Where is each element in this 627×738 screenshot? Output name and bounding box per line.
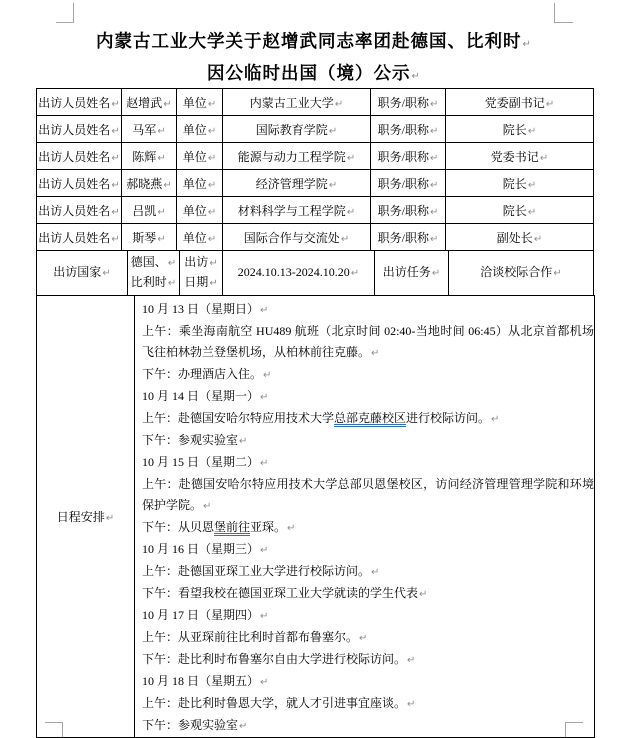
paragraph-mark: ↵ (432, 268, 440, 279)
trip-info-table: 出访国家↵ 德国、↵比利时↵ 出访↵日期↵ 2024.10.13-2024.10… (36, 250, 594, 296)
person-name-cell: 陈辉↵ (122, 143, 177, 170)
paragraph-mark: ↵ (260, 611, 268, 622)
task-value-cell: 洽谈校际合作↵ (449, 251, 594, 296)
crop-mark-top-left (56, 3, 74, 23)
itinerary-paragraph: 上午：赴德国安哈尔特应用技术大学总部克藤校区进行校际访问。↵ (142, 408, 594, 430)
cell-text: 出访人员姓名 (38, 204, 110, 218)
unit-label-cell: 单位↵ (177, 116, 223, 143)
cell-text: 职务/职称 (378, 123, 429, 137)
itinerary-text: 下午：参观实验室 (142, 433, 238, 447)
cell-text: 单位 (183, 150, 207, 164)
cell-text: 出访任务 (383, 265, 431, 279)
position-label-cell: 职务/职称↵ (371, 89, 446, 116)
paragraph-mark: ↵ (111, 180, 119, 191)
paragraph-mark: ↵ (208, 99, 216, 110)
paragraph-mark: ↵ (329, 180, 337, 191)
cell-text: 比利时 (131, 275, 167, 289)
paragraph-mark: ↵ (157, 207, 165, 218)
paragraph-mark: ↵ (430, 153, 438, 164)
row-label-cell: 出访人员姓名↵ (37, 89, 122, 116)
paragraph-mark: ↵ (371, 348, 379, 359)
schedule-label-cell: 日程安排↵ (37, 296, 135, 738)
paragraph-mark: ↵ (163, 180, 171, 191)
person-row: 出访人员姓名↵吕凯↵单位↵材料科学与工程学院↵职务/职称↵院长↵ (37, 197, 594, 224)
paragraph-mark: ↵ (239, 721, 247, 732)
cell-text: 院长 (503, 204, 527, 218)
cell-text: 2024.10.13-2024.10.20 (238, 265, 350, 279)
position-label-cell: 职务/职称↵ (371, 143, 446, 170)
paragraph-mark: ↵ (359, 633, 367, 644)
cell-text: 斯琴 (132, 231, 156, 245)
itinerary-paragraph: 上午：赴比利时鲁恩大学，就人才引进事宜座谈。↵ (142, 693, 594, 715)
cell-text: 职务/职称 (378, 177, 429, 191)
trip-row: 出访国家↵ 德国、↵比利时↵ 出访↵日期↵ 2024.10.13-2024.10… (37, 251, 594, 296)
cell-text: 内蒙古工业大学关于赵增武同志率团赴德国、比利时 (96, 31, 522, 51)
unit-label-cell: 单位↵ (177, 170, 223, 197)
date-label-cell: 出访↵日期↵ (180, 251, 223, 296)
cell-text: 院长 (503, 123, 527, 137)
cell-text: 副处长 (497, 231, 533, 245)
paragraph-mark: ↵ (287, 523, 295, 534)
itinerary-text: 下午：看望我校在德国亚琛工业大学就读的学生代表 (142, 586, 418, 600)
paragraph-mark: ↵ (430, 207, 438, 218)
cell-text: 洽谈校际合作 (480, 265, 552, 279)
paragraph-mark: ↵ (534, 234, 542, 245)
grammar-underlined-text: 总部克藤校区 (334, 411, 406, 425)
cell-text: 院长 (503, 177, 527, 191)
schedule-table: 日程安排↵ 10 月 13 日（星期日）↵上午：乘坐海南航空 HU489 航班（… (36, 295, 595, 738)
itinerary-paragraph: 10 月 14 日（星期一）↵ (142, 386, 594, 408)
itinerary-paragraph: 10 月 15 日（星期二）↵ (142, 452, 594, 474)
unit-name-cell: 内蒙古工业大学↵ (223, 89, 371, 116)
itinerary-text: 10 月 14 日（星期一） (142, 389, 259, 403)
paragraph-mark: ↵ (111, 126, 119, 137)
itinerary-paragraph: 上午：赴德国亚琛工业大学进行校际访问。↵ (142, 561, 594, 583)
cell-text: 德国、 (131, 255, 167, 269)
person-rows: 出访人员姓名↵赵增武↵单位↵内蒙古工业大学↵职务/职称↵党委副书记↵出访人员姓名… (37, 89, 594, 251)
paragraph-mark: ↵ (208, 207, 216, 218)
itinerary-text: 亚琛。 (250, 520, 286, 534)
paragraph-mark: ↵ (168, 278, 176, 289)
paragraph-mark: ↵ (208, 126, 216, 137)
itinerary-text: 下午：办理酒店入住。 (142, 367, 262, 381)
schedule-content-cell: 10 月 13 日（星期日）↵上午：乘坐海南航空 HU489 航班（北京时间 0… (135, 296, 595, 738)
itinerary-paragraph: 10 月 18 日（星期五）↵ (142, 671, 594, 693)
paragraph-mark: ↵ (341, 234, 349, 245)
cell-text: 因公临时出国（境）公示 (207, 63, 411, 83)
paragraph-mark: ↵ (540, 153, 548, 164)
itinerary-text: 10 月 15 日（星期二） (142, 455, 259, 469)
cell-text: 出访人员姓名 (38, 231, 110, 245)
unit-name-cell: 能源与动力工程学院↵ (223, 143, 371, 170)
document-page: 内蒙古工业大学关于赵增武同志率团赴德国、比利时↵ 因公临时出国（境）公示↵ 出访… (0, 0, 627, 738)
paragraph-mark: ↵ (430, 126, 438, 137)
paragraph-mark: ↵ (208, 234, 216, 245)
paragraph-mark: ↵ (430, 234, 438, 245)
paragraph-mark: ↵ (260, 305, 268, 316)
paragraph-mark: ↵ (260, 545, 268, 556)
paragraph-mark: ↵ (260, 458, 268, 469)
paragraph-mark: ↵ (528, 180, 536, 191)
cell-text: 出访国家 (53, 265, 101, 279)
position-name-cell: 党委书记↵ (446, 143, 594, 170)
paragraph-mark: ↵ (157, 153, 165, 164)
person-name-cell: 赵增武↵ (122, 89, 177, 116)
paragraph-mark: ↵ (335, 99, 343, 110)
itinerary-text: 10 月 13 日（星期日） (142, 302, 259, 316)
itinerary-paragraph: 下午：参观实验室↵ (142, 715, 594, 737)
cell-text: 日程安排 (57, 510, 105, 524)
person-name-cell: 郝晓燕↵ (122, 170, 177, 197)
itinerary-paragraph: 上午：从亚琛前往比利时首都布鲁塞尔。↵ (142, 627, 594, 649)
paragraph-mark: ↵ (329, 126, 337, 137)
itinerary-text: 下午：参观实验室 (142, 718, 238, 732)
unit-label-cell: 单位↵ (177, 197, 223, 224)
cell-text: 出访人员姓名 (38, 177, 110, 191)
position-label-cell: 职务/职称↵ (371, 170, 446, 197)
cell-text: 经济管理学院 (256, 177, 328, 191)
cell-text: 材料科学与工程学院 (238, 204, 346, 218)
itinerary-text: 下午：从贝恩 (142, 520, 214, 534)
unit-label-cell: 单位↵ (177, 89, 223, 116)
unit-name-cell: 国际教育学院↵ (223, 116, 371, 143)
itinerary-paragraph: 上午：乘坐海南航空 HU489 航班（北京时间 02:40-当地时间 06:45… (142, 321, 594, 364)
cell-text: 党委副书记 (485, 96, 545, 110)
cell-text: 单位 (183, 123, 207, 137)
itinerary-text: 10 月 18 日（星期五） (142, 674, 259, 688)
paragraph-mark: ↵ (263, 370, 271, 381)
grammar-underlined-text: 堡前往 (214, 520, 250, 534)
paragraph-mark: ↵ (553, 268, 561, 279)
cell-text: 单位 (183, 204, 207, 218)
cell-text: 马军 (132, 123, 156, 137)
paragraph-mark: ↵ (412, 71, 420, 82)
task-label-cell: 出访任务↵ (375, 251, 449, 296)
paragraph-mark: ↵ (260, 677, 268, 688)
cell-text: 国际合作与交流处 (244, 231, 340, 245)
person-row: 出访人员姓名↵马军↵单位↵国际教育学院↵职务/职称↵院长↵ (37, 116, 594, 143)
paragraph-mark: ↵ (260, 392, 268, 403)
position-label-cell: 职务/职称↵ (371, 197, 446, 224)
position-label-cell: 职务/职称↵ (371, 116, 446, 143)
paragraph-mark: ↵ (528, 126, 536, 137)
itinerary: 10 月 13 日（星期日）↵上午：乘坐海南航空 HU489 航班（北京时间 0… (142, 299, 594, 737)
unit-label-cell: 单位↵ (177, 143, 223, 170)
person-name-cell: 马军↵ (122, 116, 177, 143)
paragraph-mark: ↵ (208, 153, 216, 164)
row-label-cell: 出访人员姓名↵ (37, 224, 122, 251)
itinerary-paragraph: 下午：参观实验室↵ (142, 430, 594, 452)
notice-table: 出访人员姓名↵赵增武↵单位↵内蒙古工业大学↵职务/职称↵党委副书记↵出访人员姓名… (36, 88, 595, 738)
person-table: 出访人员姓名↵赵增武↵单位↵内蒙古工业大学↵职务/职称↵党委副书记↵出访人员姓名… (36, 88, 594, 251)
paragraph-mark: ↵ (371, 567, 379, 578)
cell-text: 党委书记 (491, 150, 539, 164)
unit-label-cell: 单位↵ (177, 224, 223, 251)
unit-name-cell: 经济管理学院↵ (223, 170, 371, 197)
cell-text: 职务/职称 (378, 204, 429, 218)
cell-text: 出访人员姓名 (38, 123, 110, 137)
paragraph-mark: ↵ (528, 207, 536, 218)
itinerary-text: 10 月 17 日（星期四） (142, 608, 259, 622)
cell-text: 出访 (184, 255, 208, 269)
paragraph-mark: ↵ (430, 180, 438, 191)
itinerary-paragraph: 下午：从贝恩堡前往亚琛。↵ (142, 517, 594, 539)
row-label-cell: 出访人员姓名↵ (37, 116, 122, 143)
document-title: 内蒙古工业大学关于赵增武同志率团赴德国、比利时↵ 因公临时出国（境）公示↵ (0, 27, 627, 91)
schedule-row: 日程安排↵ 10 月 13 日（星期日）↵上午：乘坐海南航空 HU489 航班（… (37, 296, 595, 738)
itinerary-paragraph: 下午：看望我校在德国亚琛工业大学就读的学生代表↵ (142, 583, 594, 605)
position-name-cell: 党委副书记↵ (446, 89, 594, 116)
person-name-cell: 斯琴↵ (122, 224, 177, 251)
paragraph-mark: ↵ (430, 99, 438, 110)
cell-text: 职务/职称 (378, 150, 429, 164)
itinerary-text: 上午：乘坐海南航空 HU489 航班（北京时间 02:40-当地时间 06:45… (142, 324, 594, 359)
row-label-cell: 出访人员姓名↵ (37, 143, 122, 170)
paragraph-mark: ↵ (102, 268, 110, 279)
itinerary-paragraph: 下午：赴比利时布鲁塞尔自由大学进行校际访问。↵ (142, 649, 594, 671)
paragraph-mark: ↵ (407, 655, 415, 666)
cell-text: 职务/职称 (378, 96, 429, 110)
unit-name-cell: 国际合作与交流处↵ (223, 224, 371, 251)
itinerary-text: 10 月 16 日（星期三） (142, 542, 259, 556)
itinerary-paragraph: 10 月 13 日（星期日）↵ (142, 299, 594, 321)
position-name-cell: 院长↵ (446, 170, 594, 197)
person-row: 出访人员姓名↵郝晓燕↵单位↵经济管理学院↵职务/职称↵院长↵ (37, 170, 594, 197)
paragraph-mark: ↵ (351, 268, 359, 279)
paragraph-mark: ↵ (209, 278, 217, 289)
cell-text: 能源与动力工程学院 (238, 150, 346, 164)
cell-text: 郝晓燕 (126, 177, 162, 191)
itinerary-paragraph: 10 月 16 日（星期三）↵ (142, 539, 594, 561)
position-label-cell: 职务/职称↵ (371, 224, 446, 251)
itinerary-paragraph: 上午：赴德国安哈尔特应用技术大学总部贝恩堡校区，访问经济管理管理学院和环境保护学… (142, 474, 594, 517)
person-row: 出访人员姓名↵陈辉↵单位↵能源与动力工程学院↵职务/职称↵党委书记↵ (37, 143, 594, 170)
cell-text: 单位 (183, 96, 207, 110)
row-label-cell: 出访人员姓名↵ (37, 170, 122, 197)
paragraph-mark: ↵ (347, 207, 355, 218)
person-name-cell: 吕凯↵ (122, 197, 177, 224)
position-name-cell: 副处长↵ (446, 224, 594, 251)
paragraph-mark: ↵ (546, 99, 554, 110)
cell-text: 单位 (183, 231, 207, 245)
itinerary-text: 进行校际访问。 (406, 411, 490, 425)
row-label-cell: 出访人员姓名↵ (37, 197, 122, 224)
paragraph-mark: ↵ (106, 513, 114, 524)
crop-mark-top-right (554, 3, 573, 23)
title-line-2: 因公临时出国（境）公示↵ (0, 59, 627, 91)
paragraph-mark: ↵ (523, 39, 531, 50)
cell-text: 单位 (183, 177, 207, 191)
paragraph-mark: ↵ (111, 207, 119, 218)
position-name-cell: 院长↵ (446, 116, 594, 143)
position-name-cell: 院长↵ (446, 197, 594, 224)
cell-text: 日期 (184, 275, 208, 289)
country-value-cell: 德国、↵比利时↵ (128, 251, 180, 296)
paragraph-mark: ↵ (347, 153, 355, 164)
itinerary-text: 上午：赴比利时鲁恩大学，就人才引进事宜座谈。 (142, 696, 406, 710)
paragraph-mark: ↵ (111, 234, 119, 245)
paragraph-mark: ↵ (111, 153, 119, 164)
cell-text: 出访人员姓名 (38, 150, 110, 164)
paragraph-mark: ↵ (203, 501, 211, 512)
paragraph-mark: ↵ (163, 99, 171, 110)
itinerary-text: 下午：赴比利时布鲁塞尔自由大学进行校际访问。 (142, 652, 406, 666)
cell-text: 内蒙古工业大学 (250, 96, 334, 110)
itinerary-paragraph: 下午：办理酒店入住。↵ (142, 364, 594, 386)
cell-text: 吕凯 (132, 204, 156, 218)
cell-text: 陈辉 (132, 150, 156, 164)
itinerary-paragraph: 10 月 17 日（星期四）↵ (142, 605, 594, 627)
itinerary-text: 上午：从亚琛前往比利时首都布鲁塞尔。 (142, 630, 358, 644)
title-line-1: 内蒙古工业大学关于赵增武同志率团赴德国、比利时↵ (0, 27, 627, 59)
paragraph-mark: ↵ (239, 436, 247, 447)
paragraph-mark: ↵ (491, 414, 499, 425)
paragraph-mark: ↵ (208, 180, 216, 191)
country-label-cell: 出访国家↵ (37, 251, 128, 296)
itinerary-text: 上午：赴德国安哈尔特应用技术大学 (142, 411, 334, 425)
unit-name-cell: 材料科学与工程学院↵ (223, 197, 371, 224)
cell-text: 国际教育学院 (256, 123, 328, 137)
cell-text: 出访人员姓名 (38, 96, 110, 110)
paragraph-mark: ↵ (157, 126, 165, 137)
paragraph-mark: ↵ (419, 589, 427, 600)
paragraph-mark: ↵ (407, 699, 415, 710)
paragraph-mark: ↵ (157, 234, 165, 245)
person-row: 出访人员姓名↵赵增武↵单位↵内蒙古工业大学↵职务/职称↵党委副书记↵ (37, 89, 594, 116)
paragraph-mark: ↵ (111, 99, 119, 110)
date-value-cell: 2024.10.13-2024.10.20↵ (223, 251, 375, 296)
cell-text: 赵增武 (126, 96, 162, 110)
paragraph-mark: ↵ (209, 258, 217, 269)
cell-text: 职务/职称 (378, 231, 429, 245)
person-row: 出访人员姓名↵斯琴↵单位↵国际合作与交流处↵职务/职称↵副处长↵ (37, 224, 594, 251)
itinerary-text: 上午：赴德国亚琛工业大学进行校际访问。 (142, 564, 370, 578)
paragraph-mark: ↵ (168, 258, 176, 269)
